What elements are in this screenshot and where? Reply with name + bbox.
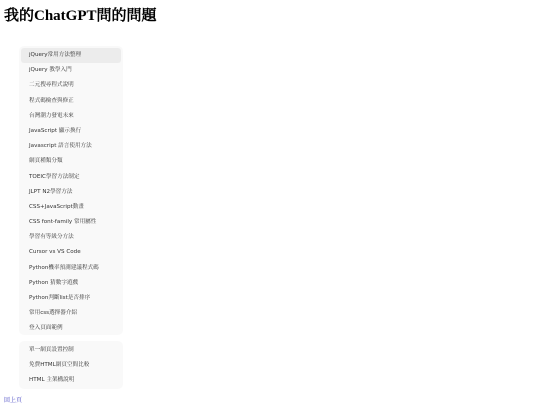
html-list-panel: 單一網頁設置控制 免費HTML網頁空間比較 HTML 主架構說明 xyxy=(19,341,123,389)
list-item-free-html-hosting[interactable]: 免費HTML網頁空間比較 xyxy=(21,358,121,373)
list-item-login-page[interactable]: 登入頁面範例 xyxy=(21,321,121,336)
list-item-python-guess-game[interactable]: Python 猜數字遊戲 xyxy=(21,276,121,291)
list-item-css-selectors[interactable]: 常用css選擇器介紹 xyxy=(21,306,121,321)
list-item-jquery-methods[interactable]: jQuery常用方法整理 xyxy=(21,48,121,63)
list-item-css-js-animation[interactable]: CSS+JavaScript動畫 xyxy=(21,200,121,215)
list-item-css-font-family[interactable]: CSS font-family 常用屬性 xyxy=(21,215,121,230)
list-item-js-newline[interactable]: JavaScript 顯示換行 xyxy=(21,124,121,139)
list-item-tidal-power[interactable]: 台灣潮力發電未來 xyxy=(21,109,121,124)
list-item-learning-levels[interactable]: 學習有等級分方法 xyxy=(21,230,121,245)
list-item-jquery-tutorial[interactable]: jQuery 教學入門 xyxy=(21,63,121,78)
list-item-python-list-sorted[interactable]: Python判斷list是否排序 xyxy=(21,291,121,306)
list-item-html-structure[interactable]: HTML 主架構說明 xyxy=(21,373,121,388)
list-item-js-usage[interactable]: Javascript 語言使用方法 xyxy=(21,139,121,154)
list-item-toeic[interactable]: TOEIC學習方法制定 xyxy=(21,170,121,185)
list-item-website-types[interactable]: 網頁種類分類 xyxy=(21,154,121,169)
question-list-panel: jQuery常用方法整理 jQuery 教學入門 二元搜尋程式說明 程式碼檢查與… xyxy=(19,46,123,335)
list-item-python-probability[interactable]: Python機率預測建議程式碼 xyxy=(21,261,121,276)
list-item-jlpt[interactable]: JLPT N2學習方法 xyxy=(21,185,121,200)
list-item-code-review[interactable]: 程式碼檢查與修正 xyxy=(21,94,121,109)
back-link[interactable]: 回上頁 xyxy=(4,397,22,405)
list-item-binary-search[interactable]: 二元搜尋程式說明 xyxy=(21,78,121,93)
list-item-single-page-control[interactable]: 單一網頁設置控制 xyxy=(21,343,121,358)
list-item-cursor-vs-vscode[interactable]: Cursor vs VS Code xyxy=(21,245,121,260)
page-title: 我的ChatGPT問的問題 xyxy=(4,6,157,26)
